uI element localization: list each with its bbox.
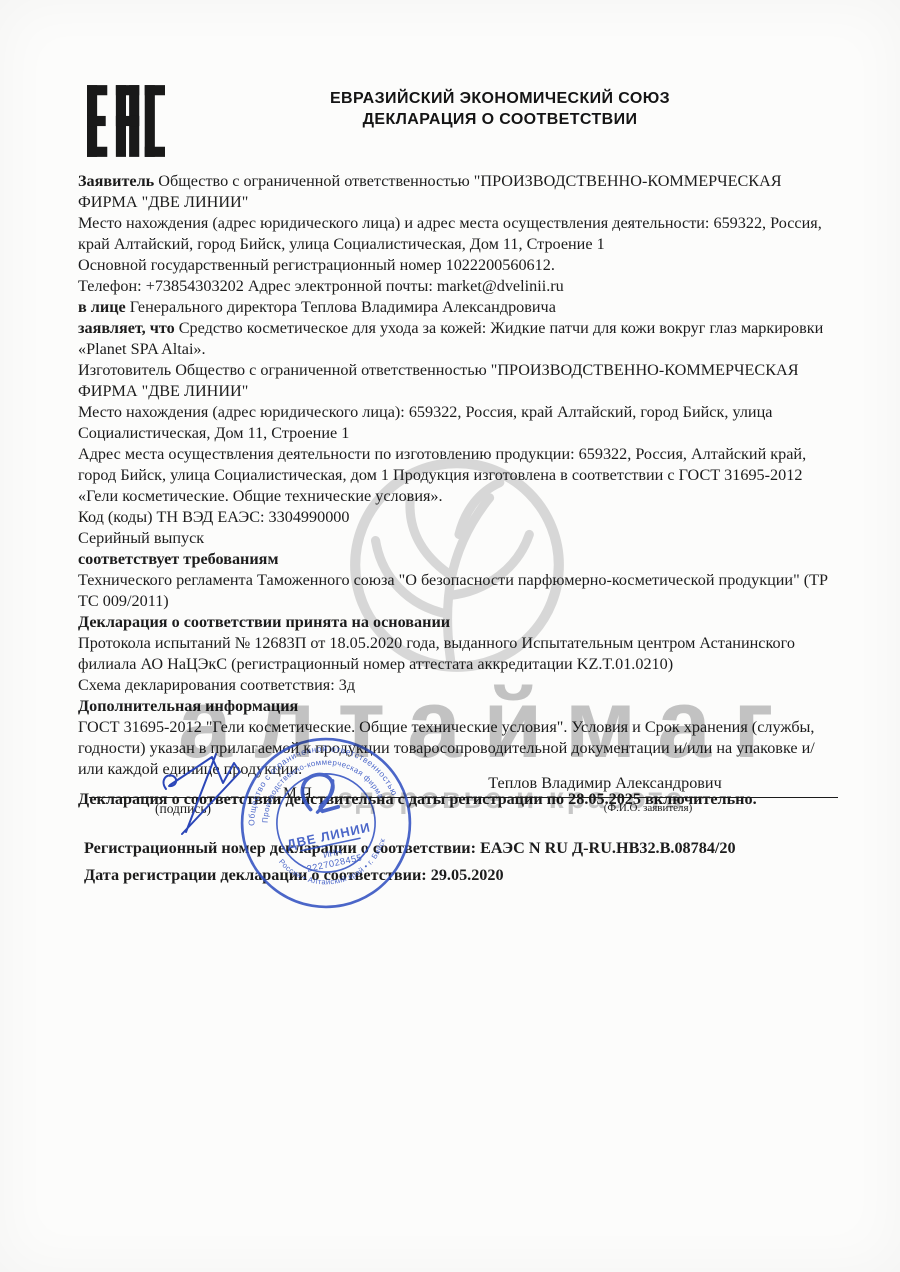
paragraph-applicant-address: Место нахождения (адрес юридического лиц… xyxy=(78,213,840,255)
paragraph-basis-heading: Декларация о соответствии принята на осн… xyxy=(78,612,840,633)
paragraph-additional-heading: Дополнительная информация xyxy=(78,696,840,717)
paragraph-production-address: Адрес места осуществления деятельности п… xyxy=(78,444,840,507)
stamp-company-name: ДВЕ ЛИНИИ xyxy=(285,819,372,851)
registration-number-line: Регистрационный номер декларации о соотв… xyxy=(84,839,864,858)
paragraph-serial: Серийный выпуск xyxy=(78,528,840,549)
declaration-body: Заявитель Общество с ограниченной ответс… xyxy=(78,171,840,810)
paragraph-in-person: в лице Генерального директора Теплова Вл… xyxy=(78,297,840,318)
signer-name: Теплов Владимир Александрович xyxy=(450,774,760,793)
title-line-declaration: ДЕКЛАРАЦИЯ О СООТВЕТСТВИИ xyxy=(100,109,900,130)
paragraph-complies-heading: соответствует требованиям xyxy=(78,549,840,570)
paragraph-applicant: Заявитель Общество с ограниченной ответс… xyxy=(78,171,840,213)
title-line-union: ЕВРАЗИЙСКИЙ ЭКОНОМИЧЕСКИЙ СОЮЗ xyxy=(100,88,900,109)
registration-date-line: Дата регистрации декларации о соответств… xyxy=(84,866,864,885)
paragraph-declares: заявляет, что Средство косметическое для… xyxy=(78,318,840,360)
handwritten-signature xyxy=(158,744,273,840)
paragraph-regulation: Технического регламента Таможенного союз… xyxy=(78,570,840,612)
fio-caption: (Ф.И.О. заявителя) xyxy=(548,802,748,814)
paragraph-tnved-code: Код (коды) ТН ВЭД ЕАЭС: 3304990000 xyxy=(78,507,840,528)
paragraph-test-protocol: Протокола испытаний № 12683П от 18.05.20… xyxy=(78,633,840,675)
paragraph-manufacturer-address: Место нахождения (адрес юридического лиц… xyxy=(78,402,840,444)
paragraph-ogrn: Основной государственный регистрационный… xyxy=(78,255,840,276)
document-title: ЕВРАЗИЙСКИЙ ЭКОНОМИЧЕСКИЙ СОЮЗ ДЕКЛАРАЦИ… xyxy=(100,88,900,130)
declaration-document-page: ЕВРАЗИЙСКИЙ ЭКОНОМИЧЕСКИЙ СОЮЗ ДЕКЛАРАЦИ… xyxy=(0,0,900,1272)
paragraph-scheme: Схема декларирования соответствия: 3д xyxy=(78,675,840,696)
paragraph-phone-email: Телефон: +73854303202 Адрес электронной … xyxy=(78,276,840,297)
paragraph-manufacturer: Изготовитель Общество с ограниченной отв… xyxy=(78,360,840,402)
